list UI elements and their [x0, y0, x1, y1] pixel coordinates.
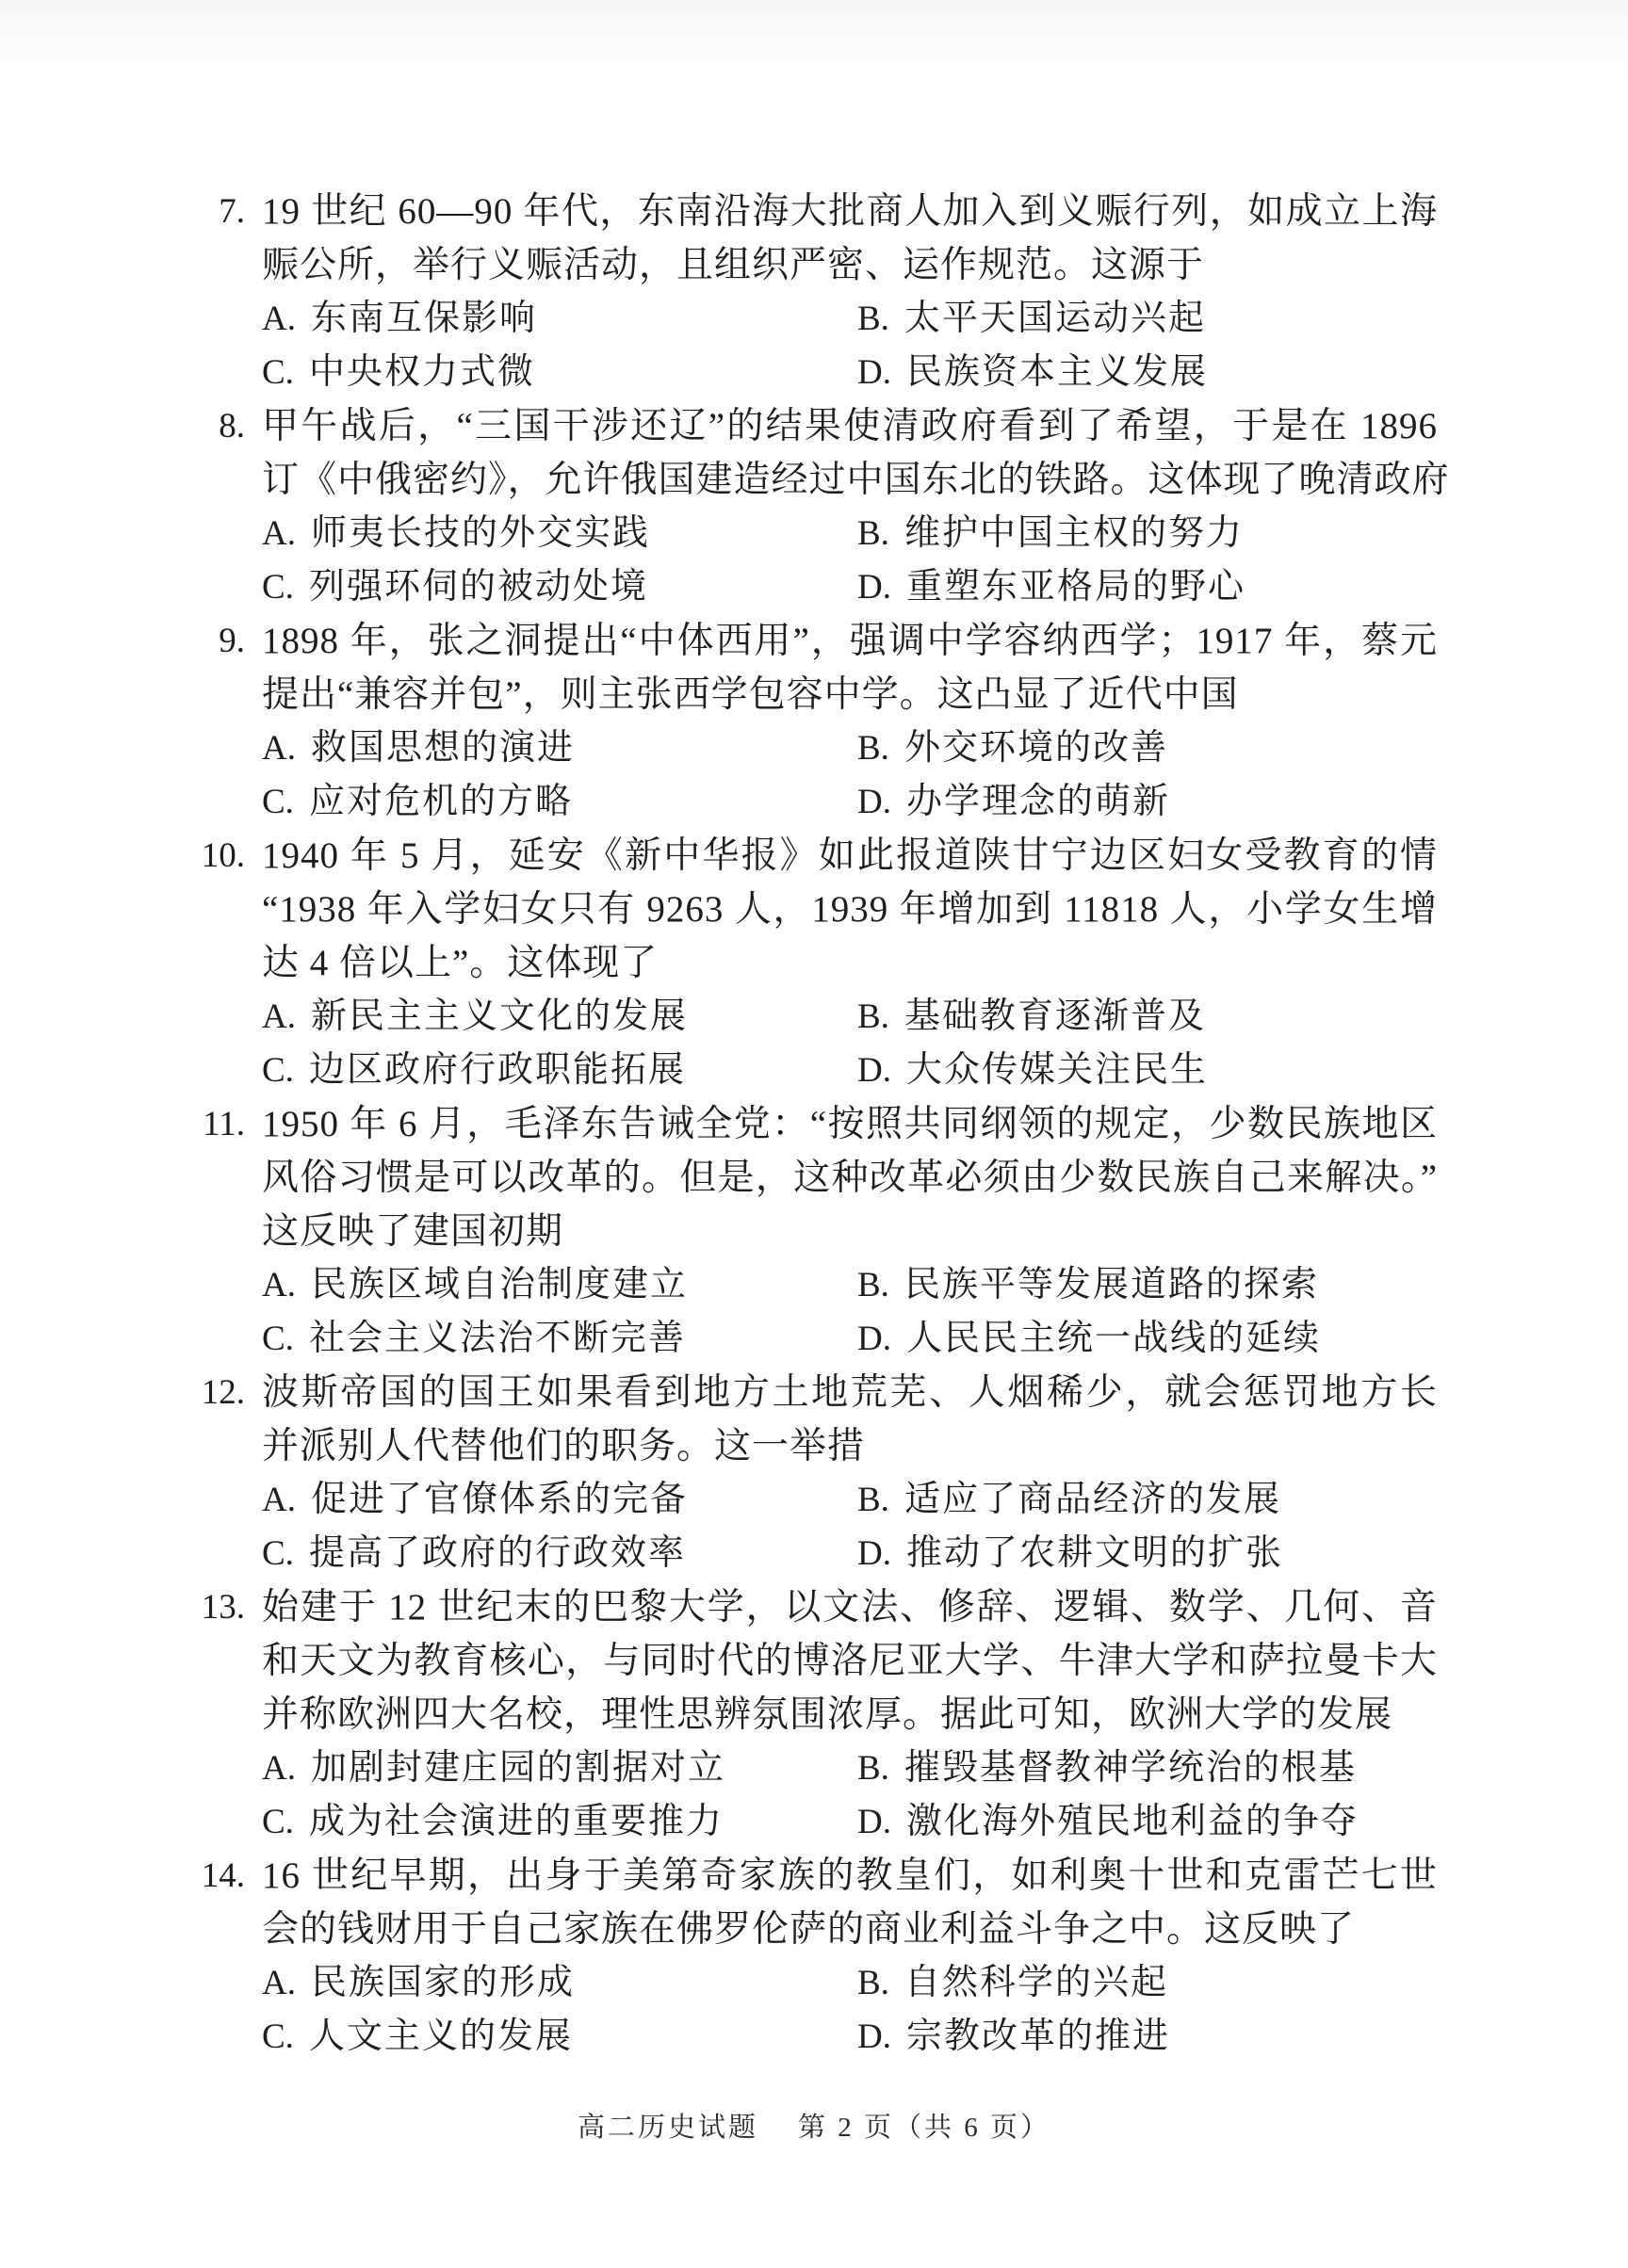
option-c: C.成为社会演进的重要推力	[262, 1795, 857, 1849]
option-row: A.师夷长技的外交实践B.维护中国主权的努力	[262, 507, 1438, 560]
option-row: C.中央权力式微D.民族资本主义发展	[262, 346, 1438, 399]
option-text: 摧毁基督教神学统治的根基	[904, 1741, 1357, 1795]
stem-line: 并称欧洲四大名校，理性思辨氛围浓厚。据此可知，欧洲大学的发展	[262, 1688, 1438, 1741]
option-d: D.推动了农耕文明的扩张	[857, 1527, 1283, 1580]
option-a: A.新民主主义文化的发展	[262, 990, 857, 1044]
option-text: 大众传媒关注民生	[906, 1044, 1208, 1097]
option-label: D.	[857, 560, 891, 614]
option-label: C.	[262, 775, 294, 829]
question: 13. 始建于 12 世纪末的巴黎大学，以文法、修辞、逻辑、数学、几何、音乐和天…	[262, 1580, 1438, 1849]
option-a: A.救国思想的演进	[262, 721, 857, 775]
question: 7. 19 世纪 60—90 年代，东南沿海大批商人加入到义赈行列，如成立上海协…	[262, 185, 1438, 399]
option-label: D.	[857, 346, 891, 399]
option-text: 成为社会演进的重要推力	[309, 1795, 724, 1849]
option-text: 中央权力式微	[309, 346, 535, 399]
option-row: A.民族区域自治制度建立B.民族平等发展道路的探索	[262, 1258, 1438, 1312]
option-text: 重塑东亚格局的野心	[906, 560, 1245, 614]
option-text: 民族资本主义发展	[906, 346, 1208, 399]
option-row: A.新民主主义文化的发展B.基础教育逐渐普及	[262, 990, 1438, 1044]
option-label: D.	[857, 1312, 891, 1366]
stem-line: 甲午战后，“三国干涉还辽”的结果使清政府看到了希望，于是在 1896 年签	[262, 399, 1438, 453]
option-row: A.民族国家的形成B.自然科学的兴起	[262, 1956, 1438, 2010]
option-row: A.东南互保影响B.太平天国运动兴起	[262, 292, 1438, 346]
option-label: B.	[857, 990, 889, 1044]
option-text: 加剧封建庄园的割据对立	[311, 1741, 725, 1795]
stem-line: 并派别人代替他们的职务。这一举措	[262, 1419, 1438, 1473]
option-label: A.	[262, 1956, 296, 2010]
stem-line: 1940 年 5 月，延安《新中华报》如此报道陕甘宁边区妇女受教育的情况：	[262, 829, 1438, 883]
option-label: B.	[857, 1473, 889, 1527]
stem-line: 会的钱财用于自己家族在佛罗伦萨的商业利益斗争之中。这反映了	[262, 1903, 1438, 1956]
option-text: 太平天国运动兴起	[904, 292, 1206, 346]
question-number: 13.	[147, 1580, 245, 1634]
option-label: C.	[262, 346, 294, 399]
option-label: A.	[262, 990, 296, 1044]
question: 10. 1940 年 5 月，延安《新中华报》如此报道陕甘宁边区妇女受教育的情况…	[262, 829, 1438, 1097]
option-text: 自然科学的兴起	[904, 1956, 1168, 2010]
option-label: B.	[857, 1258, 889, 1312]
option-d: D.人民民主统一战线的延续	[857, 1312, 1321, 1366]
option-b: B.摧毁基督教神学统治的根基	[857, 1741, 1357, 1795]
option-label: C.	[262, 1527, 294, 1580]
option-a: A.促进了官僚体系的完备	[262, 1473, 857, 1527]
option-label: A.	[262, 1258, 296, 1312]
option-row: C.提高了政府的行政效率D.推动了农耕文明的扩张	[262, 1527, 1438, 1580]
footer-page-info: 第 2 页（共 6 页）	[798, 2113, 1050, 2143]
question-stem: 1898 年，张之洞提出“中体西用”，强调中学容纳西学；1917 年，蔡元培提出…	[262, 614, 1438, 721]
option-text: 列强环伺的被动处境	[309, 560, 648, 614]
option-text: 维护中国主权的努力	[904, 507, 1244, 560]
option-row: C.应对危机的方略D.办学理念的萌新	[262, 775, 1438, 829]
option-label: C.	[262, 2010, 294, 2064]
stem-line: 始建于 12 世纪末的巴黎大学，以文法、修辞、逻辑、数学、几何、音乐	[262, 1580, 1438, 1634]
option-text: 办学理念的萌新	[906, 775, 1170, 829]
question-stem: 16 世纪早期，出身于美第奇家族的教皇们，如利奥十世和克雷芒七世将教会的钱财用于…	[262, 1849, 1438, 1956]
option-row: C.人文主义的发展D.宗教改革的推进	[262, 2010, 1438, 2064]
page-footer: 高二历史试题第 2 页（共 6 页）	[0, 2106, 1628, 2145]
option-text: 新民主主义文化的发展	[311, 990, 688, 1044]
exam-page: 7. 19 世纪 60—90 年代，东南沿海大批商人加入到义赈行列，如成立上海协…	[0, 0, 1628, 2268]
option-label: D.	[857, 1044, 891, 1097]
option-b: B.外交环境的改善	[857, 721, 1168, 775]
question-number: 14.	[147, 1849, 245, 1903]
question-list: 7. 19 世纪 60—90 年代，东南沿海大批商人加入到义赈行列，如成立上海协…	[262, 185, 1438, 2064]
question-number: 12.	[147, 1366, 245, 1419]
option-text: 人文主义的发展	[309, 2010, 573, 2064]
option-text: 边区政府行政职能拓展	[309, 1044, 686, 1097]
stem-line: 1950 年 6 月，毛泽东告诫全党：“按照共同纲领的规定，少数民族地区的	[262, 1097, 1438, 1151]
stem-line: 1898 年，张之洞提出“中体西用”，强调中学容纳西学；1917 年，蔡元培	[262, 614, 1438, 668]
option-text: 推动了农耕文明的扩张	[906, 1527, 1283, 1580]
stem-line: 19 世纪 60—90 年代，东南沿海大批商人加入到义赈行列，如成立上海协	[262, 185, 1438, 238]
stem-line: 订《中俄密约》，允许俄国建造经过中国东北的铁路。这体现了晚清政府	[262, 453, 1438, 507]
question: 12. 波斯帝国的国王如果看到地方土地荒芜、人烟稀少，就会惩罚地方长官，并派别人…	[262, 1366, 1438, 1580]
option-text: 救国思想的演进	[311, 721, 575, 775]
option-row: C.列强环伺的被动处境D.重塑东亚格局的野心	[262, 560, 1438, 614]
option-label: C.	[262, 1312, 294, 1366]
footer-exam-title: 高二历史试题	[578, 2113, 758, 2143]
option-label: A.	[262, 721, 296, 775]
option-row: C.社会主义法治不断完善D.人民民主统一战线的延续	[262, 1312, 1438, 1366]
option-label: B.	[857, 507, 889, 560]
question-stem: 始建于 12 世纪末的巴黎大学，以文法、修辞、逻辑、数学、几何、音乐和天文为教育…	[262, 1580, 1438, 1741]
option-label: D.	[857, 1795, 891, 1849]
option-text: 提高了政府的行政效率	[309, 1527, 686, 1580]
option-a: A.民族国家的形成	[262, 1956, 857, 2010]
option-label: C.	[262, 1795, 294, 1849]
option-label: B.	[857, 292, 889, 346]
stem-line: 和天文为教育核心，与同时代的博洛尼亚大学、牛津大学和萨拉曼卡大学	[262, 1634, 1438, 1688]
question-stem: 19 世纪 60—90 年代，东南沿海大批商人加入到义赈行列，如成立上海协赈公所…	[262, 185, 1438, 292]
option-text: 民族区域自治制度建立	[311, 1258, 688, 1312]
question-number: 11.	[147, 1097, 245, 1151]
option-text: 师夷长技的外交实践	[311, 507, 650, 560]
option-c: C.边区政府行政职能拓展	[262, 1044, 857, 1097]
question-number: 9.	[147, 614, 245, 668]
option-text: 人民民主统一战线的延续	[906, 1312, 1321, 1366]
option-text: 适应了商品经济的发展	[904, 1473, 1281, 1527]
question-number: 10.	[147, 829, 245, 883]
option-label: A.	[262, 1473, 296, 1527]
option-d: D.宗教改革的推进	[857, 2010, 1170, 2064]
option-label: B.	[857, 1741, 889, 1795]
question-stem: 甲午战后，“三国干涉还辽”的结果使清政府看到了希望，于是在 1896 年签订《中…	[262, 399, 1438, 507]
option-label: B.	[857, 1956, 889, 2010]
option-text: 基础教育逐渐普及	[904, 990, 1206, 1044]
question-number: 7.	[147, 185, 245, 238]
question-stem: 1950 年 6 月，毛泽东告诫全党：“按照共同纲领的规定，少数民族地区的风俗习…	[262, 1097, 1438, 1258]
option-label: D.	[857, 775, 891, 829]
option-text: 促进了官僚体系的完备	[311, 1473, 688, 1527]
option-label: D.	[857, 2010, 891, 2064]
option-d: D.重塑东亚格局的野心	[857, 560, 1245, 614]
option-c: C.提高了政府的行政效率	[262, 1527, 857, 1580]
option-b: B.维护中国主权的努力	[857, 507, 1244, 560]
option-b: B.基础教育逐渐普及	[857, 990, 1206, 1044]
stem-line: 赈公所，举行义赈活动，且组织严密、运作规范。这源于	[262, 238, 1438, 292]
option-a: A.民族区域自治制度建立	[262, 1258, 857, 1312]
option-row: C.成为社会演进的重要推力D.激化海外殖民地利益的争夺	[262, 1795, 1438, 1849]
option-c: C.人文主义的发展	[262, 2010, 857, 2064]
option-text: 民族平等发展道路的探索	[904, 1258, 1319, 1312]
option-text: 宗教改革的推进	[906, 2010, 1170, 2064]
option-label: D.	[857, 1527, 891, 1580]
option-b: B.自然科学的兴起	[857, 1956, 1168, 2010]
question: 11. 1950 年 6 月，毛泽东告诫全党：“按照共同纲领的规定，少数民族地区…	[262, 1097, 1438, 1366]
option-b: B.民族平等发展道路的探索	[857, 1258, 1319, 1312]
question: 14. 16 世纪早期，出身于美第奇家族的教皇们，如利奥十世和克雷芒七世将教会的…	[262, 1849, 1438, 2064]
stem-line: 提出“兼容并包”，则主张西学包容中学。这凸显了近代中国	[262, 668, 1438, 721]
option-d: D.办学理念的萌新	[857, 775, 1170, 829]
option-text: 激化海外殖民地利益的争夺	[906, 1795, 1359, 1849]
option-text: 民族国家的形成	[311, 1956, 575, 2010]
option-text: 社会主义法治不断完善	[309, 1312, 686, 1366]
question-number: 8.	[147, 399, 245, 453]
option-label: A.	[262, 292, 296, 346]
option-row: A.救国思想的演进B.外交环境的改善	[262, 721, 1438, 775]
stem-line: 风俗习惯是可以改革的。但是，这种改革必须由少数民族自己来解决。”	[262, 1151, 1438, 1205]
option-label: A.	[262, 507, 296, 560]
stem-line: 波斯帝国的国王如果看到地方土地荒芜、人烟稀少，就会惩罚地方长官，	[262, 1366, 1438, 1419]
option-label: A.	[262, 1741, 296, 1795]
option-label: C.	[262, 560, 294, 614]
option-d: D.民族资本主义发展	[857, 346, 1208, 399]
option-a: A.加剧封建庄园的割据对立	[262, 1741, 857, 1795]
option-text: 应对危机的方略	[309, 775, 573, 829]
option-c: C.应对危机的方略	[262, 775, 857, 829]
stem-line: “1938 年入学妇女只有 9263 人，1939 年增加到 11818 人，小…	[262, 883, 1438, 936]
stem-line: 16 世纪早期，出身于美第奇家族的教皇们，如利奥十世和克雷芒七世将教	[262, 1849, 1438, 1903]
option-a: A.师夷长技的外交实践	[262, 507, 857, 560]
option-row: A.加剧封建庄园的割据对立B.摧毁基督教神学统治的根基	[262, 1741, 1438, 1795]
stem-line: 这反映了建国初期	[262, 1205, 1438, 1258]
option-a: A.东南互保影响	[262, 292, 857, 346]
question-stem: 波斯帝国的国王如果看到地方土地荒芜、人烟稀少，就会惩罚地方长官，并派别人代替他们…	[262, 1366, 1438, 1473]
option-label: B.	[857, 721, 889, 775]
option-text: 东南互保影响	[311, 292, 537, 346]
option-b: B.太平天国运动兴起	[857, 292, 1206, 346]
option-b: B.适应了商品经济的发展	[857, 1473, 1281, 1527]
option-c: C.列强环伺的被动处境	[262, 560, 857, 614]
option-c: C.社会主义法治不断完善	[262, 1312, 857, 1366]
option-d: D.激化海外殖民地利益的争夺	[857, 1795, 1359, 1849]
option-label: C.	[262, 1044, 294, 1097]
option-c: C.中央权力式微	[262, 346, 857, 399]
stem-line: 达 4 倍以上”。这体现了	[262, 936, 1438, 990]
question-stem: 1940 年 5 月，延安《新中华报》如此报道陕甘宁边区妇女受教育的情况：“19…	[262, 829, 1438, 990]
option-row: A.促进了官僚体系的完备B.适应了商品经济的发展	[262, 1473, 1438, 1527]
option-text: 外交环境的改善	[904, 721, 1168, 775]
question: 8. 甲午战后，“三国干涉还辽”的结果使清政府看到了希望，于是在 1896 年签…	[262, 399, 1438, 614]
question: 9. 1898 年，张之洞提出“中体西用”，强调中学容纳西学；1917 年，蔡元…	[262, 614, 1438, 829]
option-d: D.大众传媒关注民生	[857, 1044, 1208, 1097]
option-row: C.边区政府行政职能拓展D.大众传媒关注民生	[262, 1044, 1438, 1097]
